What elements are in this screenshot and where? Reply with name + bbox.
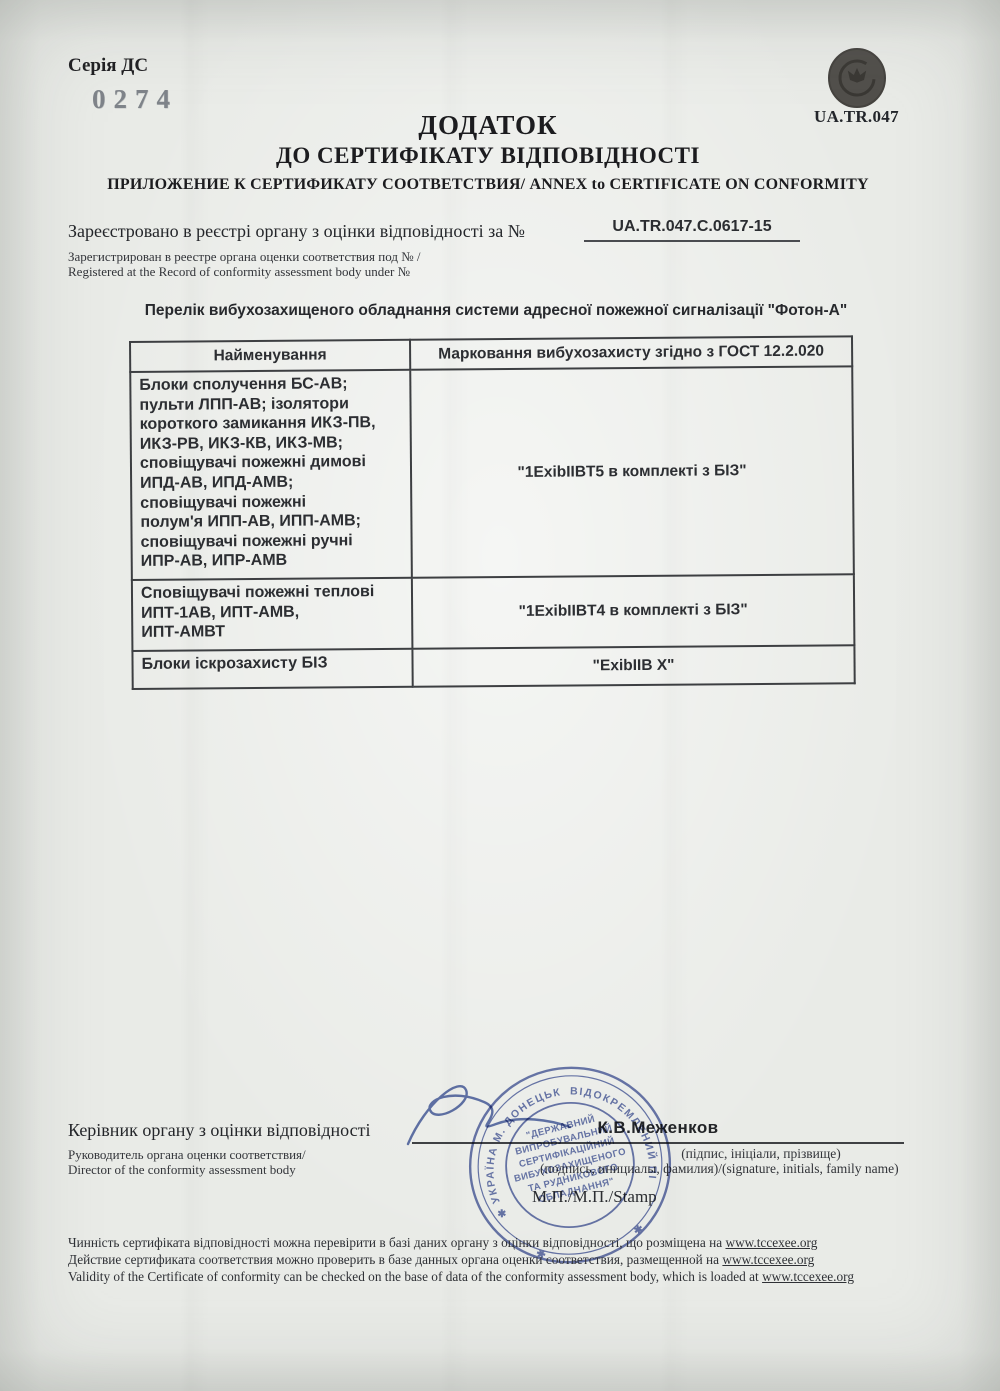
validity-note-ru: Действие сертификата соответствия можно … — [68, 1252, 968, 1268]
title-line-2: ДО СЕРТИФІКАТУ ВІДПОВІДНОСТІ — [0, 142, 976, 170]
validity-note-en: Validity of the Certificate of conformit… — [68, 1269, 968, 1285]
table-row: Блоки іскрозахисту БІЗ "ExibIIB X" — [132, 645, 854, 689]
signature-hint-ua: (підпис, ініціали, прізвище) — [630, 1146, 892, 1162]
equipment-table: Найменування Марковання вибухозахисту зг… — [129, 335, 856, 689]
table-row: Сповіщувачі пожежні теплові ИПТ-1АВ, ИПТ… — [132, 574, 855, 650]
title-line-3: ПРИЛОЖЕНИЕ К СЕРТИФИКАТУ СООТВЕТСТВИЯ/ A… — [0, 176, 976, 194]
validity-link: www.tccexee.org — [725, 1235, 817, 1250]
signatory-name: К.В.Меженков — [598, 1118, 719, 1137]
certification-body-seal-icon — [826, 46, 888, 110]
validity-link: www.tccexee.org — [762, 1269, 854, 1284]
validity-link: www.tccexee.org — [722, 1252, 814, 1267]
series-label: Серія ДС — [68, 55, 148, 77]
registration-label-ua: Зареєстровано в реєстрі органу з оцінки … — [68, 221, 525, 242]
registration-label-en: Registered at the Record of conformity a… — [68, 264, 410, 280]
equipment-name-cell: Блоки іскрозахисту БІЗ — [132, 649, 412, 689]
certificate-annex-page: Серія ДС 0274 UA.TR.047 ДОДАТОК ДО СЕРТИ… — [0, 0, 1000, 1391]
validity-text: Действие сертификата соответствия можно … — [68, 1252, 722, 1267]
validity-text: Чинність сертифіката відповідності можна… — [68, 1235, 725, 1250]
signature-hint-ru-en: (подпись, инициалы, фамилия)/(signature,… — [540, 1161, 899, 1177]
signatory-role-ru: Руководитель органа оценки соответствия/ — [68, 1147, 306, 1163]
registration-number: UA.TR.047.C.0617-15 — [584, 218, 800, 242]
signatory-role-ua: Керівник органу з оцінки відповідності — [68, 1120, 370, 1141]
validity-note-ua: Чинність сертифіката відповідності можна… — [68, 1235, 968, 1251]
column-header-name: Найменування — [130, 340, 410, 372]
marking-cell: "1ExibIIBT4 в комплекті з БІЗ" — [412, 574, 855, 648]
title-line-1: ДОДАТОК — [0, 110, 976, 140]
stamp-place-label: М.П./М.П./Stamp — [532, 1187, 657, 1207]
table-row: Блоки сполучення БС-АВ; пульти ЛПП-АВ; і… — [130, 366, 854, 580]
marking-cell: "1ExibIIBT5 в комплекті з БІЗ" — [410, 366, 854, 577]
handwritten-signature — [400, 1072, 590, 1157]
registration-label-ru: Зарегистрирован в реестре органа оценки … — [68, 249, 420, 265]
equipment-name-cell: Сповіщувачі пожежні теплові ИПТ-1АВ, ИПТ… — [132, 578, 413, 651]
signature-line: К.В.Меженков — [412, 1118, 904, 1144]
document-title: ДОДАТОК ДО СЕРТИФІКАТУ ВІДПОВІДНОСТІ ПРИ… — [0, 110, 976, 194]
signatory-role-en: Director of the conformity assessment bo… — [68, 1162, 296, 1178]
validity-text: Validity of the Certificate of conformit… — [68, 1269, 762, 1284]
equipment-name-cell: Блоки сполучення БС-АВ; пульти ЛПП-АВ; і… — [130, 370, 412, 580]
equipment-list-title: Перелік вибухозахищеного обладнання сист… — [0, 302, 992, 320]
marking-cell: "ExibIIB X" — [412, 645, 854, 686]
column-header-marking: Марковання вибухозахисту згідно з ГОСТ 1… — [410, 336, 852, 369]
